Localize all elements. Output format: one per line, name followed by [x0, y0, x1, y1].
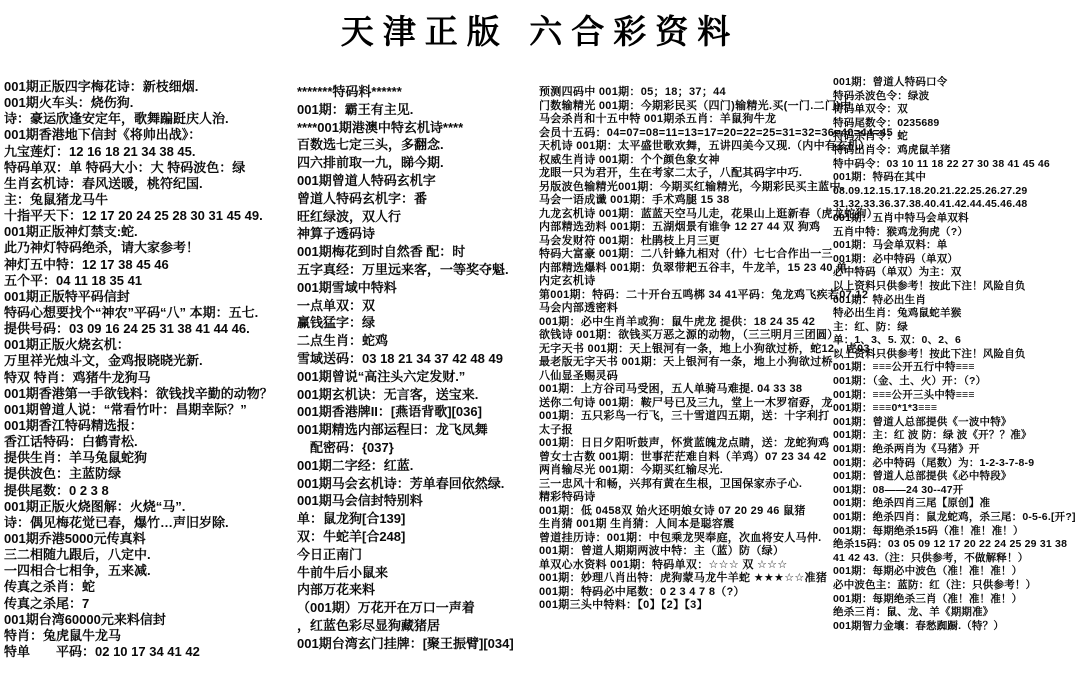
text-line: 001期香港第一手欲钱料：欲钱找辛勤的动物？: [4, 386, 273, 402]
column-left: 001期正版四字梅花诗：新枝细烟.001期火车头：烧伤狗.诗：豪运欣逢安定年，歌…: [4, 79, 273, 660]
text-line: 001期雪域中特料: [297, 279, 514, 297]
text-line: 001期：08——24 30--47开: [833, 484, 1076, 498]
text-line: 08.09.12.15.17.18.20.21.22.25.26.27.29: [833, 185, 1076, 199]
text-line: 九宝莲灯：12 16 18 21 34 38 45.: [4, 144, 273, 160]
text-line: 001期香港牌II：[燕语背歌][036]: [297, 403, 514, 421]
text-line: 特码出肖令：鸡虎鼠羊猪: [833, 144, 1076, 158]
text-line: 特码尾数令：0235689: [833, 117, 1076, 131]
text-line: 特必出生肖：兔鸡鼠蛇羊猴: [833, 307, 1076, 321]
text-line: 001期正版神灯禁支:蛇.: [4, 224, 273, 240]
text-line: 001期精选内部运程曰：龙飞凤舞: [297, 421, 514, 439]
text-line: 五字真经：万里远来客，一等奖夺魁.: [297, 261, 514, 279]
text-line: 四六排前取一九，睇今期.: [297, 154, 514, 172]
text-line: 绝杀三肖：鼠、龙、羊《期期准》: [833, 606, 1076, 620]
text-line: 单：鼠龙狗[合139]: [297, 510, 514, 528]
text-line: 百数选七定三头，多翻念.: [297, 136, 514, 154]
text-line: 传真之杀肖：蛇: [4, 579, 273, 595]
text-line: 单：1、3、5. 双：0、2、6: [833, 334, 1076, 348]
text-line: 41 42 43.（注：只供参考，不做解释！）: [833, 552, 1076, 566]
text-line: 配密码：{037}: [297, 439, 514, 457]
text-line: （001期）万花开在万口一声着: [297, 599, 514, 617]
text-line: 此乃神灯特码绝杀，请大家参考！: [4, 240, 273, 256]
text-line: 提供生肖：羊马兔鼠蛇狗: [4, 450, 273, 466]
text-line: 神灯五中特：12 17 38 45 46: [4, 257, 273, 273]
text-line: 001期：特码在其中: [833, 171, 1076, 185]
text-line: 绝杀15码：03 05 09 12 17 20 22 24 25 29 31 3…: [833, 538, 1076, 552]
text-line: 特码单双令：双: [833, 103, 1076, 117]
text-line: 001期：绝杀四肖：鼠龙蛇鸡，杀三尾：0-5-6.[开?]: [833, 511, 1076, 525]
text-line: ，红蓝色彩尽显狗藏猪居: [297, 617, 514, 635]
text-line: 001期台湾玄门挂牌：[聚王振臂][034]: [297, 635, 514, 653]
text-line: 万里祥光烛斗文，金鸡报晓晓光新.: [4, 353, 273, 369]
text-line: 提供尾数：0 2 3 8: [4, 483, 273, 499]
text-line: 001期曾道人特码玄机字: [297, 172, 514, 190]
text-line: 001期二字经：红蓝.: [297, 457, 514, 475]
text-line: 31.32.33.36.37.38.40.41.42.44.45.46.48: [833, 198, 1076, 212]
text-line: 雪域送码：03 18 21 34 37 42 48 49: [297, 350, 514, 368]
text-line: 001期乔港5000元传真料: [4, 531, 273, 547]
text-line: 以上资料只供参考！按此下注！风险自负: [833, 280, 1076, 294]
text-line: 001期正版特平码信封: [4, 289, 273, 305]
text-line: 提供波色：主蓝防绿: [4, 466, 273, 482]
text-line: 001期香江特码精选报：: [4, 418, 273, 434]
text-line: 诗：偶见梅花觉已春，爆竹…声旧岁除.: [4, 515, 273, 531]
text-line: 特中码令：03 10 11 18 22 27 30 38 41 45 46: [833, 158, 1076, 172]
text-line: ****001期港澳中特玄机诗****: [297, 119, 514, 137]
text-line: 十指平天下：12 17 20 24 25 28 30 31 45 49.: [4, 208, 273, 224]
text-line: 001期：绝杀两肖为《马猪》开: [833, 443, 1076, 457]
text-line: 001期正版火烧图解：火烧“马”.: [4, 499, 273, 515]
text-line: 001期：每期必中波色（准！准！准！）: [833, 565, 1076, 579]
page-title: 天津正版 六合彩资料: [0, 6, 1080, 53]
text-line: 001期：绝杀四肖三尾【原创】准: [833, 497, 1076, 511]
text-line: 001期玄机诀：无言客，送宝来.: [297, 386, 514, 404]
text-line: 001期梅花到时自然香 配：时: [297, 243, 514, 261]
text-line: 001期：马会单双料：单: [833, 239, 1076, 253]
text-line: 001期台湾60000元来料信封: [4, 612, 273, 628]
text-line: 特双 特肖：鸡猪牛龙狗马: [4, 370, 273, 386]
text-line: 提供号码：03 09 16 24 25 31 38 41 44 46.: [4, 321, 273, 337]
text-line: 001期智力金壤：春愁踟蹰.（特？）: [833, 620, 1076, 634]
lottery-info-sheet: 天津正版 六合彩资料 001期正版四字梅花诗：新枝细烟.001期火车头：烧伤狗.…: [0, 0, 1080, 690]
text-line: 香江话特码：白鹤青松.: [4, 434, 273, 450]
text-line: 001期：每期绝杀15码（准！准！准！）: [833, 525, 1076, 539]
text-line: 001期火车头：烧伤狗.: [4, 95, 273, 111]
text-line: 特码单双：单 特码大小：大 特码波色：绿: [4, 160, 273, 176]
text-line: 001期：必中特码（单双）: [833, 253, 1076, 267]
text-line: 双：牛蛇羊[合248]: [297, 528, 514, 546]
text-line: 一点单双：双: [297, 297, 514, 315]
text-line: 001期马会信封特别料: [297, 492, 514, 510]
text-line: 001期：曾道人总部提供《一波中特》: [833, 416, 1076, 430]
text-line: 曾道人特码玄机字：番: [297, 190, 514, 208]
text-line: 主：兔鼠猪龙马牛: [4, 192, 273, 208]
text-line: 001期：≡≡≡0*1*3≡≡≡: [833, 402, 1076, 416]
text-line: 001期香港地下信封《将帅出战》：: [4, 127, 273, 143]
text-line: 特码杀波色令：绿波: [833, 90, 1076, 104]
text-line: 特单 平码：02 10 17 34 41 42: [4, 644, 273, 660]
text-line: 牛前牛后小鼠来: [297, 564, 514, 582]
text-line: 001期：霸王有主见.: [297, 101, 514, 119]
text-line: 五肖中特：猴鸡龙狗虎（?）: [833, 226, 1076, 240]
text-line: 001期马会玄机诗：芳单春回依然绿.: [297, 475, 514, 493]
text-line: 五个平：04 11 18 35 41: [4, 273, 273, 289]
text-line: 必中波色主：蓝防：红（注：只供参考！）: [833, 579, 1076, 593]
text-line: 神算子透码诗: [297, 225, 514, 243]
text-line: 特肖：兔虎鼠牛龙马: [4, 628, 273, 644]
text-line: 001期：≡≡≡公开三头中特≡≡≡: [833, 389, 1076, 403]
text-line: 001期：曾道人特码口令: [833, 76, 1076, 90]
text-line: 特码杀肖令：蛇: [833, 130, 1076, 144]
text-line: 特码心想要找个“神农”平码“八” 本期：五七.: [4, 305, 273, 321]
text-line: 001期：曾道人总部提供《必中特段》: [833, 470, 1076, 484]
text-line: 生肖玄机诗：春风送暖，桃符纪国.: [4, 176, 273, 192]
text-line: *******特码料******: [297, 83, 514, 101]
text-line: 001期：每期绝杀三肖（准！准！准！）: [833, 593, 1076, 607]
text-line: 三二相随九跟后，八定中.: [4, 547, 273, 563]
column-right: 001期：曾道人特码口令特码杀波色令：绿波特码单双令：双特码尾数令：023568…: [833, 76, 1076, 633]
column-second: *******特码料******001期：霸王有主见.****001期港澳中特玄…: [297, 83, 514, 653]
text-line: 001期正版火烧玄机：: [4, 337, 273, 353]
text-line: 以上资料只供参考！按此下注！风险自负: [833, 348, 1076, 362]
text-line: 001期：五肖中特马会单双料: [833, 212, 1076, 226]
text-line: 001期：特必出生肖: [833, 294, 1076, 308]
text-line: 001期：主：红 波 防：绿 波《开？？准》: [833, 429, 1076, 443]
text-line: 必中特码（单双）为主：双: [833, 266, 1076, 280]
text-line: 传真之杀尾：7: [4, 596, 273, 612]
text-line: 001期：≡≡≡公开五行中特≡≡≡: [833, 361, 1076, 375]
text-line: 诗：豪运欣逢安定年，歌舞蹁跹庆人治.: [4, 111, 273, 127]
text-line: 旺红绿波，双人行: [297, 208, 514, 226]
text-line: 二点生肖：蛇鸡: [297, 332, 514, 350]
text-line: 赢钱猛字：绿: [297, 314, 514, 332]
text-line: 001期：必中特码（尾数）为：1-2-3-7-8-9: [833, 457, 1076, 471]
text-line: 001期正版四字梅花诗：新枝细烟.: [4, 79, 273, 95]
text-line: 001期曾说“高注头六定发财.”: [297, 368, 514, 386]
text-line: 主：红、防：绿: [833, 321, 1076, 335]
text-line: 001期：（金、土、火）开：（?）: [833, 375, 1076, 389]
text-line: 一四相合七相争，五来减.: [4, 563, 273, 579]
text-line: 内部万花来料: [297, 581, 514, 599]
text-line: 001期曾道人说：“常看竹叶：昌期幸际？”: [4, 402, 273, 418]
text-line: 今日正南门: [297, 546, 514, 564]
